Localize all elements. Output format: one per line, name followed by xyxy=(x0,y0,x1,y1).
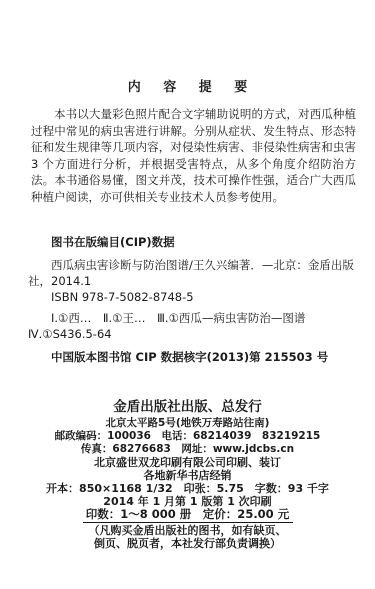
publisher-line: 金盾出版社出版、总发行 xyxy=(0,399,375,415)
cip-classification-line-2: Ⅳ.①S436.5-64 xyxy=(28,326,357,342)
book-copyright-page: 内 容 提 要 本书以大量彩色照片配合文字辅助说明的方式，对西瓜种植过程中常见的… xyxy=(0,0,375,589)
distribution-line: 各地新华书店经销 xyxy=(0,469,375,482)
cip-title-line-1: 西瓜病虫害诊断与防治图谱/王久兴编著．—北京：金盾出版 xyxy=(28,257,357,273)
horizontal-rule xyxy=(83,522,293,523)
colophon-block: 金盾出版社出版、总发行 北京太平路5号(地铁万寿路站往南) 邮政编码：10003… xyxy=(0,399,375,550)
printer-line: 北京盛世双龙印刷有限公司印刷、装订 xyxy=(0,456,375,469)
exchange-note-line-2: 倒页、脱页者，本社发行部负责调换） xyxy=(0,538,375,551)
cip-classification-group: Ⅰ.①西… Ⅱ.①王… Ⅲ.①西瓜—病虫害防治—图谱 Ⅳ.①S436.5-64 xyxy=(28,310,357,342)
cip-isbn: ISBN 978-7-5082-8748-5 xyxy=(28,289,357,305)
content-summary-paragraph: 本书以大量彩色照片配合文字辅助说明的方式，对西瓜种植过程中常见的病虫害进行讲解。… xyxy=(31,106,356,205)
cip-classification-line-1: Ⅰ.①西… Ⅱ.①王… Ⅲ.①西瓜—病虫害防治—图谱 xyxy=(28,310,357,326)
cip-title-line-2: 社，2014.1 xyxy=(28,273,357,289)
publisher-address: 北京太平路5号(地铁万寿路站往南) xyxy=(0,417,375,430)
postal-phone-line: 邮政编码：100036 电话：68214039 83219215 xyxy=(0,430,375,443)
cip-record-number: 中国版本图书馆 CIP 数据核字(2013)第 215503 号 xyxy=(28,349,357,365)
cip-data-block: 图书在版编目(CIP)数据 西瓜病虫害诊断与防治图谱/王久兴编著．—北京：金盾出… xyxy=(28,234,357,365)
format-line: 开本：850×1168 1/32 印张：5.75 字数：93 千字 xyxy=(0,482,375,495)
print-run-price-line: 印数：1～8 000 册 定价：25.00 元 xyxy=(0,508,375,521)
content-summary-title: 内 容 提 要 xyxy=(0,0,375,95)
cip-title-group: 西瓜病虫害诊断与防治图谱/王久兴编著．—北京：金盾出版 社，2014.1 ISB… xyxy=(28,257,357,305)
fax-website-line: 传真：68276683 网址：www.jdcbs.cn xyxy=(0,443,375,456)
cip-header: 图书在版编目(CIP)数据 xyxy=(28,234,357,250)
exchange-note-line-1: （凡购买金盾出版社的图书，如有缺页、 xyxy=(0,525,375,538)
